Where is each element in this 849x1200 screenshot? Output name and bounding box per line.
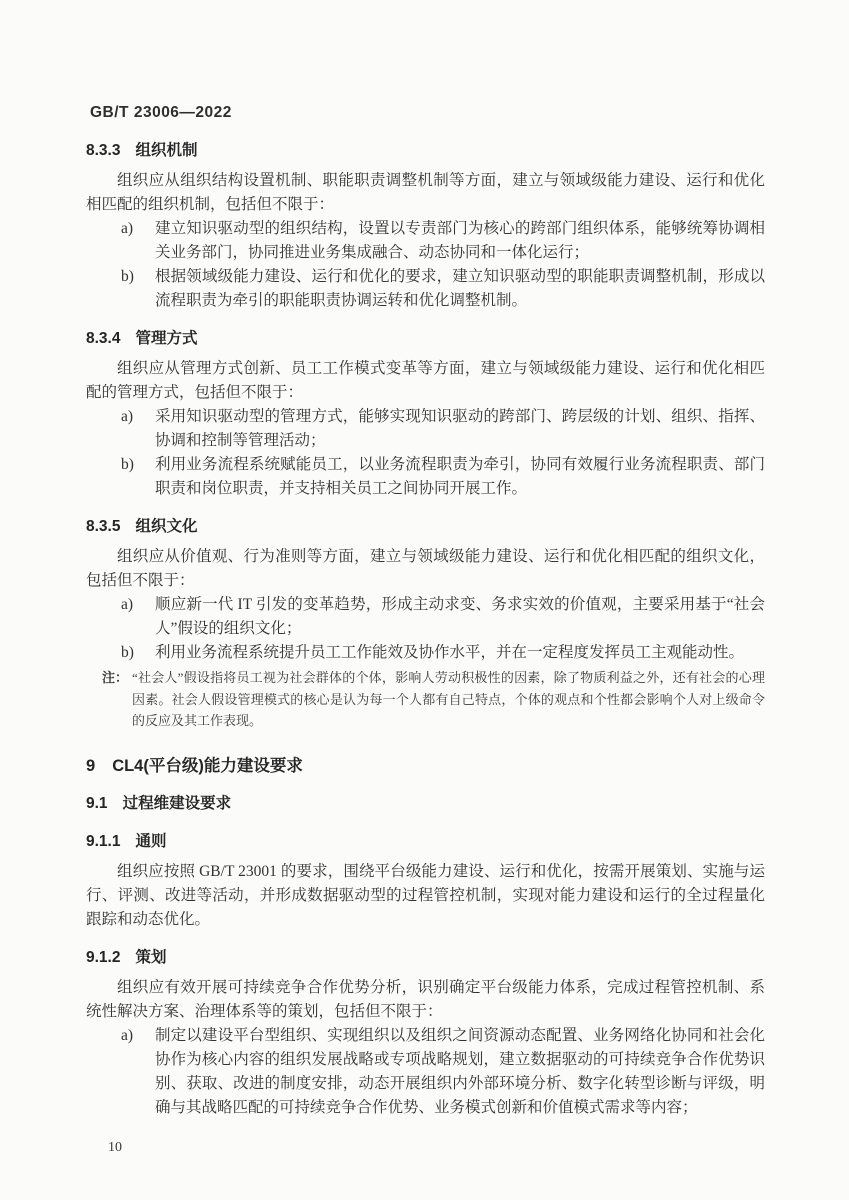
section-number: 8.3.3 xyxy=(86,142,120,159)
note-text: “社会人”假设指将员工视为社会群体的个体，影响人劳动积极性的因素，除了物质利益之… xyxy=(132,667,765,732)
list-item: b) 利用业务流程系统提升员工工作能效及协作水平，并在一定程度发挥员工主观能动性… xyxy=(121,641,765,665)
list-item-label: a) xyxy=(121,1024,155,1120)
section-number: 9.1 xyxy=(86,795,108,812)
list-item-text: 顺应新一代 IT 引发的变革趋势，形成主动求变、务求实效的价值观，主要采用基于“… xyxy=(155,593,765,641)
section-heading-9-1-2: 9.1.2策划 xyxy=(86,946,765,970)
paragraph: 组织应有效开展可持续竞争合作优势分析，识别确定平台级能力体系，完成过程管控机制、… xyxy=(86,976,765,1024)
list-item: a) 制定以建设平台型组织、实现组织以及组织之间资源动态配置、业务网络化协同和社… xyxy=(121,1024,765,1120)
section-heading-8-3-3: 8.3.3组织机制 xyxy=(86,139,765,163)
list-item-label: a) xyxy=(121,405,155,453)
section-heading-8-3-4: 8.3.4管理方式 xyxy=(86,327,765,351)
paragraph: 组织应从管理方式创新、员工工作模式变革等方面，建立与领域级能力建设、运行和优化相… xyxy=(86,357,765,405)
list-item: b) 根据领域级能力建设、运行和优化的要求，建立知识驱动型的职能职责调整机制，形… xyxy=(121,265,765,313)
section-heading-9-1-1: 9.1.1通则 xyxy=(86,830,765,854)
note-block: 注： “社会人”假设指将员工视为社会群体的个体，影响人劳动积极性的因素，除了物质… xyxy=(102,667,765,732)
list-item-label: b) xyxy=(121,453,155,501)
section-title: 组织文化 xyxy=(135,518,197,535)
section-number: 8.3.5 xyxy=(86,518,120,535)
list-item-label: a) xyxy=(121,593,155,641)
list-item: a) 采用知识驱动型的管理方式，能够实现知识驱动的跨部门、跨层级的计划、组织、指… xyxy=(121,405,765,453)
paragraph: 组织应从组织结构设置机制、职能职责调整机制等方面，建立与领域级能力建设、运行和优… xyxy=(86,169,765,217)
list-item-label: b) xyxy=(121,641,155,665)
section-number: 9.1.2 xyxy=(86,949,120,966)
chapter-heading-9: 9CL4(平台级)能力建设要求 xyxy=(86,754,765,778)
section-number: 9.1.1 xyxy=(86,833,120,850)
paragraph: 组织应从价值观、行为准则等方面，建立与领域级能力建设、运行和优化相匹配的组织文化… xyxy=(86,545,765,593)
list-item-text: 根据领域级能力建设、运行和优化的要求，建立知识驱动型的职能职责调整机制，形成以流… xyxy=(155,265,765,313)
ordered-list: a) 制定以建设平台型组织、实现组织以及组织之间资源动态配置、业务网络化协同和社… xyxy=(86,1024,765,1120)
document-page: GB/T 23006—2022 8.3.3组织机制 组织应从组织结构设置机制、职… xyxy=(0,0,849,1200)
ordered-list: a) 采用知识驱动型的管理方式，能够实现知识驱动的跨部门、跨层级的计划、组织、指… xyxy=(86,405,765,501)
list-item-text: 建立知识驱动型的组织结构，设置以专责部门为核心的跨部门组织体系，能够统筹协调相关… xyxy=(155,217,765,265)
section-heading-8-3-5: 8.3.5组织文化 xyxy=(86,515,765,539)
section-title: 策划 xyxy=(135,949,166,966)
chapter-title: CL4(平台级)能力建设要求 xyxy=(112,757,303,775)
list-item: b) 利用业务流程系统赋能员工，以业务流程职责为牵引，协同有效履行业务流程职责、… xyxy=(121,453,765,501)
page-number: 10 xyxy=(108,1136,765,1160)
section-title: 通则 xyxy=(135,833,166,850)
ordered-list: a) 建立知识驱动型的组织结构，设置以专责部门为核心的跨部门组织体系，能够统筹协… xyxy=(86,217,765,313)
list-item: a) 建立知识驱动型的组织结构，设置以专责部门为核心的跨部门组织体系，能够统筹协… xyxy=(121,217,765,265)
paragraph: 组织应按照 GB/T 23001 的要求，围绕平台级能力建设、运行和优化，按需开… xyxy=(86,860,765,932)
section-title: 过程维建设要求 xyxy=(123,795,232,812)
section-number: 8.3.4 xyxy=(86,330,120,347)
list-item: a) 顺应新一代 IT 引发的变革趋势，形成主动求变、务求实效的价值观，主要采用… xyxy=(121,593,765,641)
list-item-text: 采用知识驱动型的管理方式，能够实现知识驱动的跨部门、跨层级的计划、组织、指挥、协… xyxy=(155,405,765,453)
ordered-list: a) 顺应新一代 IT 引发的变革趋势，形成主动求变、务求实效的价值观，主要采用… xyxy=(86,593,765,665)
note-label: 注： xyxy=(102,667,132,732)
list-item-label: b) xyxy=(121,265,155,313)
document-number-header: GB/T 23006—2022 xyxy=(90,101,765,125)
list-item-text: 制定以建设平台型组织、实现组织以及组织之间资源动态配置、业务网络化协同和社会化协… xyxy=(155,1024,765,1120)
list-item-text: 利用业务流程系统赋能员工，以业务流程职责为牵引，协同有效履行业务流程职责、部门职… xyxy=(155,453,765,501)
list-item-label: a) xyxy=(121,217,155,265)
chapter-number: 9 xyxy=(86,757,95,775)
list-item-text: 利用业务流程系统提升员工工作能效及协作水平，并在一定程度发挥员工主观能动性。 xyxy=(155,641,765,665)
section-heading-9-1: 9.1过程维建设要求 xyxy=(86,792,765,816)
section-title: 组织机制 xyxy=(135,142,197,159)
section-title: 管理方式 xyxy=(135,330,197,347)
